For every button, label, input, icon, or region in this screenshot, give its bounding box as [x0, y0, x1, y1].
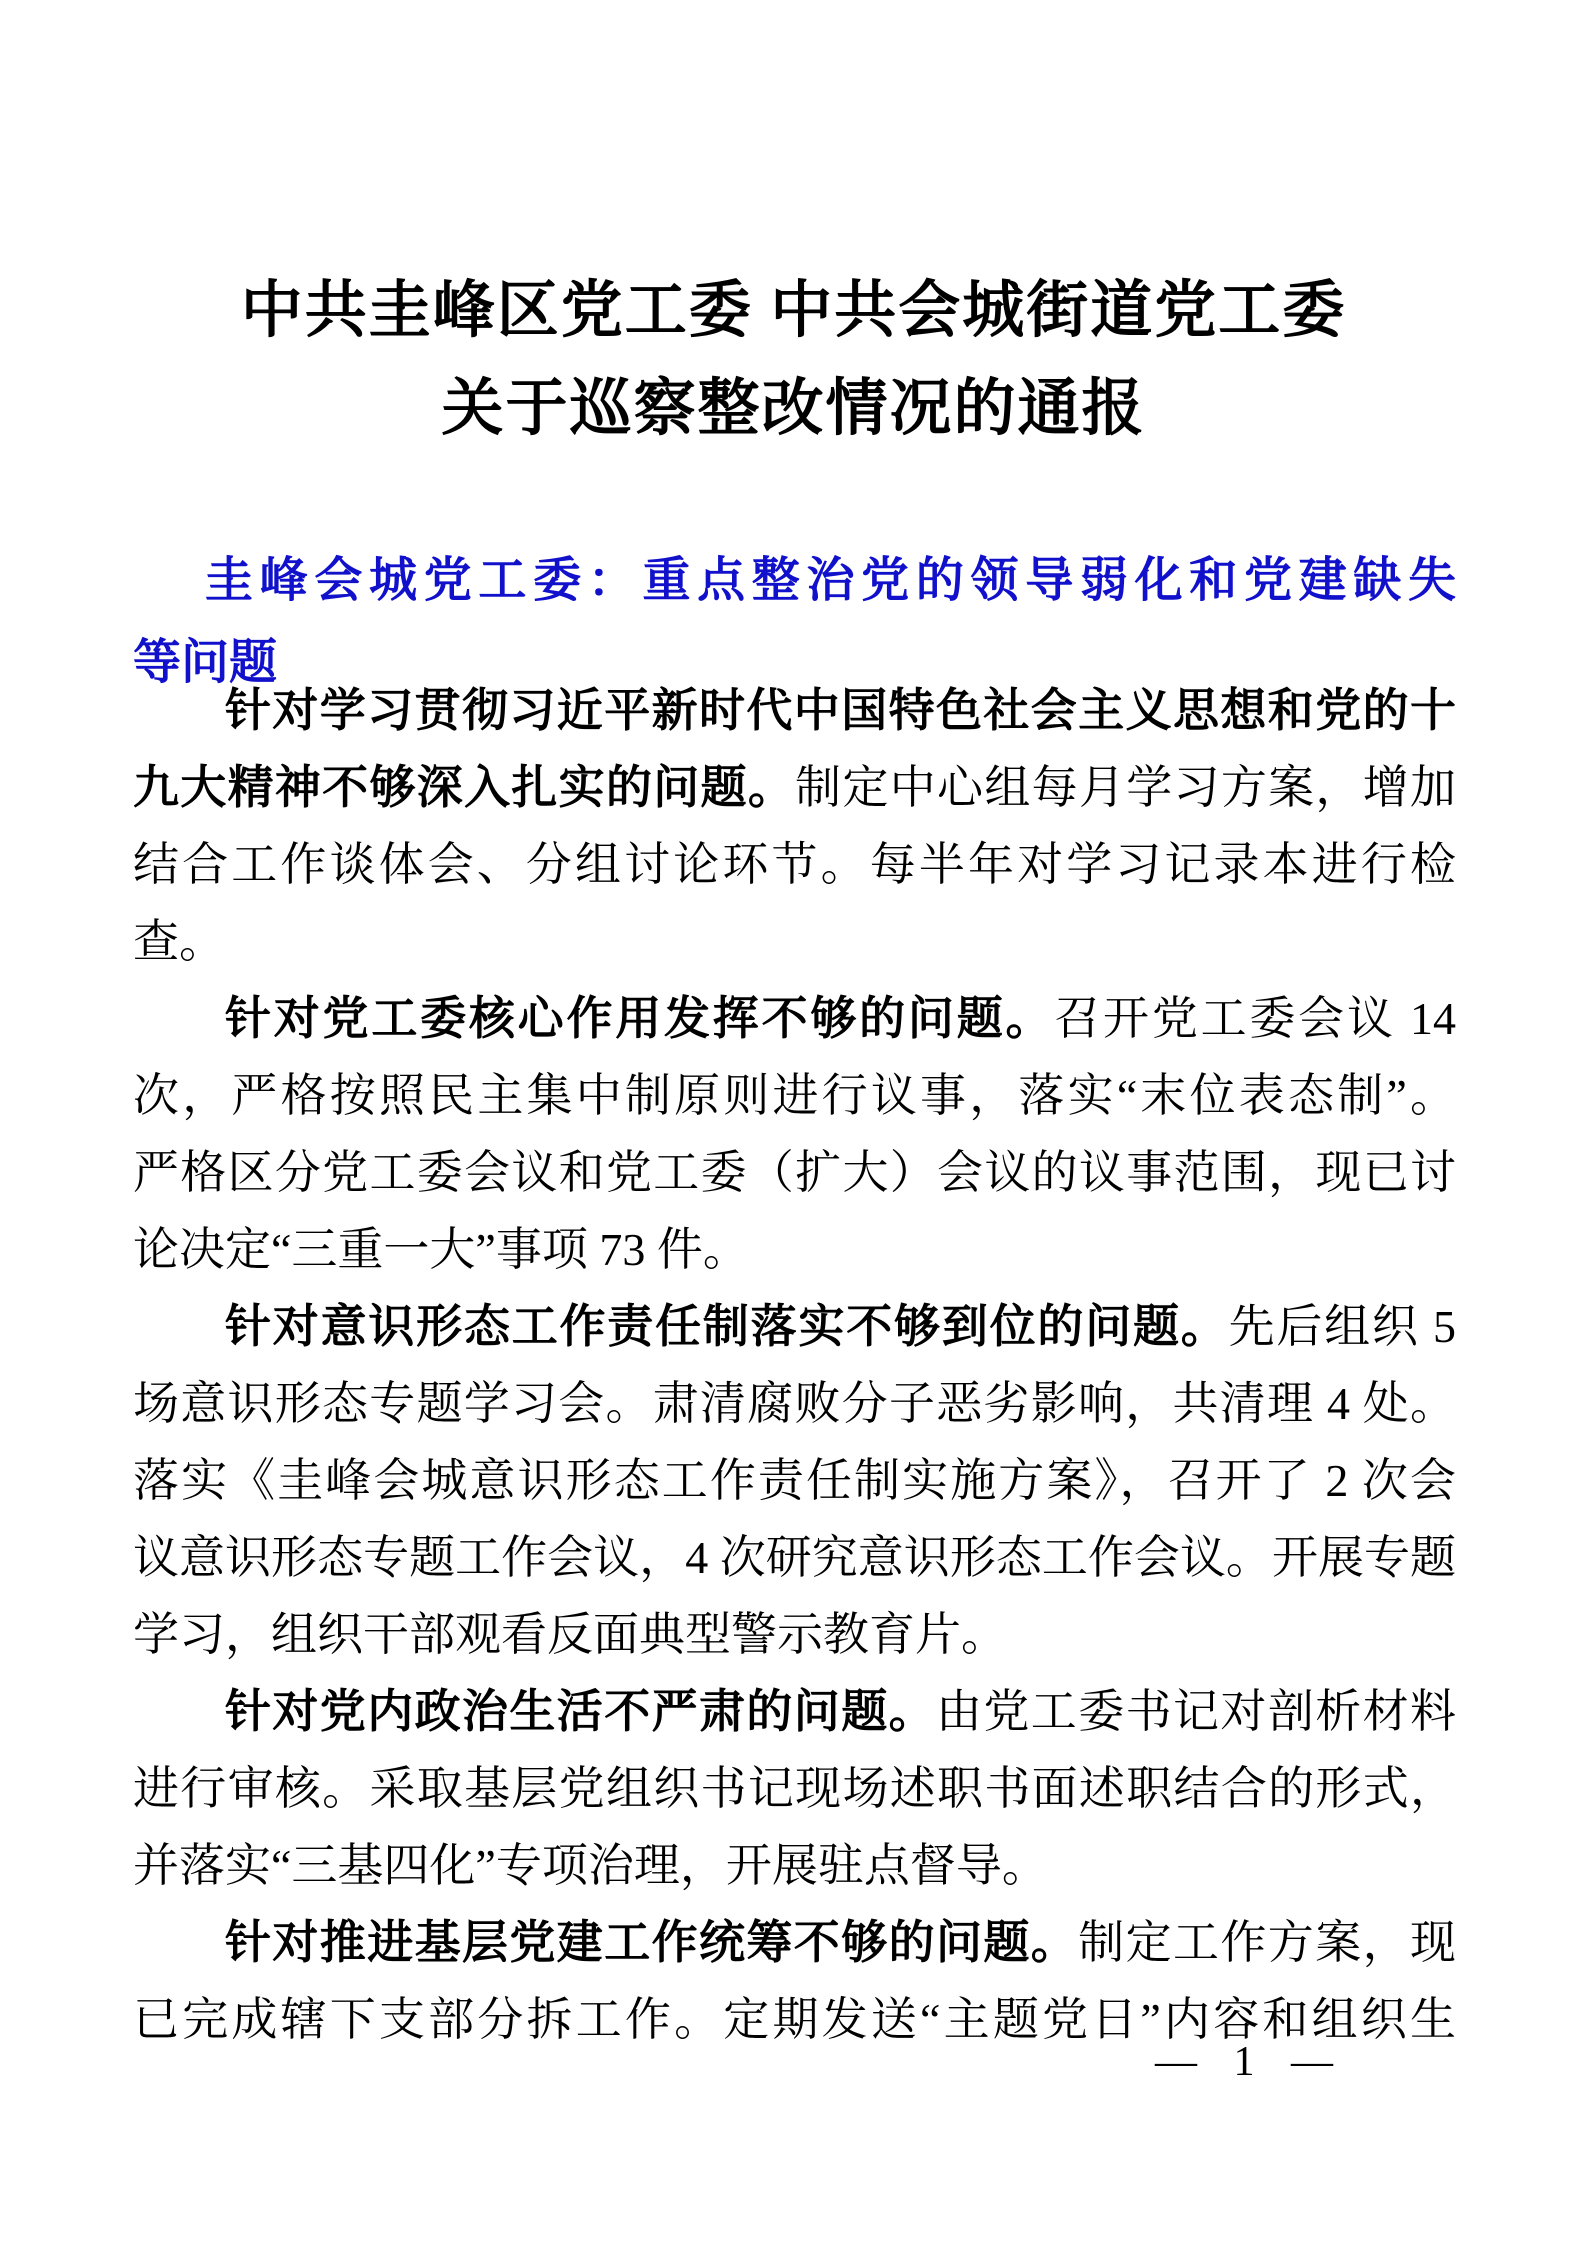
body-line: 针对党工委核心作用发挥不够的问题。召开党工委会议 14	[133, 980, 1456, 1057]
body-text: 进行审核。采取基层党组织书记现场述职书面述职结合的形式，	[133, 1763, 1456, 1814]
emphasis-text: 九大精神不够深入扎实的问题。	[133, 762, 795, 813]
paragraph: 针对党工委核心作用发挥不够的问题。召开党工委会议 14次，严格按照民主集中制原则…	[133, 980, 1456, 1288]
document-title-line1: 中共圭峰区党工委 中共会城街道党工委	[0, 262, 1587, 360]
body-line: 进行审核。采取基层党组织书记现场述职书面述职结合的形式，	[133, 1750, 1456, 1827]
body-line: 落实《圭峰会城意识形态工作责任制实施方案》，召开了 2 次会	[133, 1442, 1456, 1519]
document-title: 中共圭峰区党工委 中共会城街道党工委 关于巡察整改情况的通报	[0, 262, 1587, 458]
body-line: 严格区分党工委会议和党工委（扩大）会议的议事范围，现已讨	[133, 1134, 1456, 1211]
body-line: 场意识形态专题学习会。肃清腐败分子恶劣影响，共清理 4 处。	[133, 1365, 1456, 1442]
emphasis-text: 针对党工委核心作用发挥不够的问题。	[225, 993, 1054, 1044]
emphasis-text: 针对推进基层党建工作统筹不够的问题。	[225, 1917, 1078, 1968]
body-line: 针对学习贯彻习近平新时代中国特色社会主义思想和党的十	[133, 672, 1456, 749]
paragraph: 针对推进基层党建工作统筹不够的问题。制定工作方案，现已完成辖下支部分拆工作。定期…	[133, 1904, 1456, 2058]
body-text: 先后组织 5	[1229, 1301, 1456, 1352]
page-number: — 1 —	[1155, 2038, 1335, 2086]
body-line: 论决定“三重一大”事项 73 件。	[133, 1211, 1456, 1288]
body-line: 针对推进基层党建工作统筹不够的问题。制定工作方案，现	[133, 1904, 1456, 1981]
body-line: 结合工作谈体会、分组讨论环节。每半年对学习记录本进行检查。	[133, 826, 1456, 980]
document-title-line2: 关于巡察整改情况的通报	[0, 360, 1587, 458]
body-line: 议意识形态专题工作会议，4 次研究意识形态工作会议。开展专题	[133, 1519, 1456, 1596]
body-line: 九大精神不够深入扎实的问题。制定中心组每月学习方案，增加	[133, 749, 1456, 826]
paragraph: 针对学习贯彻习近平新时代中国特色社会主义思想和党的十九大精神不够深入扎实的问题。…	[133, 672, 1456, 980]
body-text: 议意识形态专题工作会议，4 次研究意识形态工作会议。开展专题	[133, 1532, 1456, 1583]
body-line: 学习，组织干部观看反面典型警示教育片。	[133, 1596, 1456, 1673]
body-text: 制定中心组每月学习方案，增加	[795, 762, 1456, 813]
document-body: 针对学习贯彻习近平新时代中国特色社会主义思想和党的十九大精神不够深入扎实的问题。…	[133, 672, 1456, 2058]
body-text: 结合工作谈体会、分组讨论环节。每半年对学习记录本进行检查。	[133, 839, 1456, 967]
body-line: 并落实“三基四化”专项治理，开展驻点督导。	[133, 1827, 1456, 1904]
body-text: 学习，组织干部观看反面典型警示教育片。	[133, 1609, 1007, 1660]
body-line: 针对党内政治生活不严肃的问题。由党工委书记对剖析材料	[133, 1673, 1456, 1750]
emphasis-text: 针对党内政治生活不严肃的问题。	[225, 1686, 936, 1737]
body-text: 次，严格按照民主集中制原则进行议事，落实“末位表态制”。	[133, 1070, 1456, 1121]
body-line: 次，严格按照民主集中制原则进行议事，落实“末位表态制”。	[133, 1057, 1456, 1134]
body-text: 论决定“三重一大”事项 73 件。	[133, 1224, 749, 1275]
section-heading-line1: 圭峰会城党工委：重点整治党的领导弱化和党建缺失	[133, 540, 1456, 622]
body-text: 场意识形态专题学习会。肃清腐败分子恶劣影响，共清理 4 处。	[133, 1378, 1456, 1429]
document-page: 中共圭峰区党工委 中共会城街道党工委 关于巡察整改情况的通报 圭峰会城党工委：重…	[0, 0, 1587, 2245]
body-text: 落实《圭峰会城意识形态工作责任制实施方案》，召开了 2 次会	[133, 1455, 1456, 1506]
paragraph: 针对党内政治生活不严肃的问题。由党工委书记对剖析材料进行审核。采取基层党组织书记…	[133, 1673, 1456, 1904]
paragraph: 针对意识形态工作责任制落实不够到位的问题。先后组织 5场意识形态专题学习会。肃清…	[133, 1288, 1456, 1673]
body-text: 并落实“三基四化”专项治理，开展驻点督导。	[133, 1840, 1048, 1891]
body-text: 制定工作方案，现	[1078, 1917, 1456, 1968]
body-text: 严格区分党工委会议和党工委（扩大）会议的议事范围，现已讨	[133, 1147, 1456, 1198]
emphasis-text: 针对学习贯彻习近平新时代中国特色社会主义思想和党的十	[225, 685, 1456, 736]
body-line: 针对意识形态工作责任制落实不够到位的问题。先后组织 5	[133, 1288, 1456, 1365]
emphasis-text: 针对意识形态工作责任制落实不够到位的问题。	[225, 1301, 1229, 1352]
body-text: 召开党工委会议 14	[1054, 993, 1456, 1044]
body-text: 由党工委书记对剖析材料	[936, 1686, 1456, 1737]
